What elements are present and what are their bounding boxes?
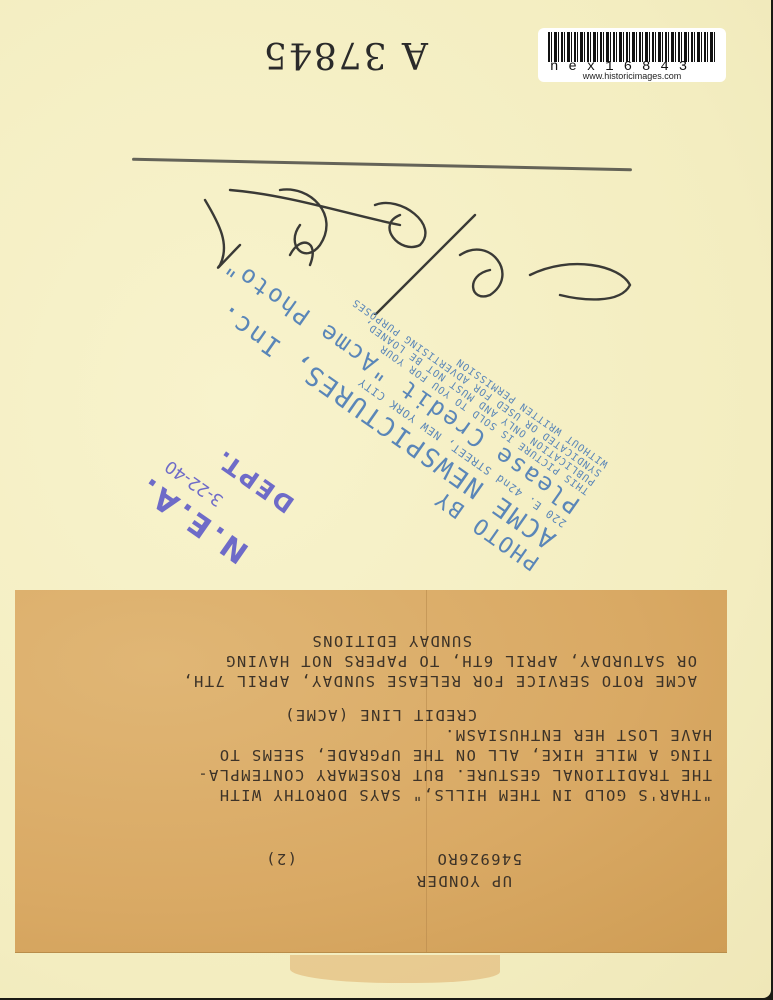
barcode-icon — [548, 32, 716, 62]
caption-body-line-2: THE TRADITIONAL GESTURE. BUT ROSEMARY CO… — [197, 766, 712, 784]
caption-title: UP YONDER — [415, 872, 512, 890]
caption-slip: UP YONDER 546926RO (2) "THAR'S GOLD IN T… — [15, 590, 727, 952]
archive-number: A 37845 — [262, 34, 428, 75]
barcode-website: www.historicimages.com — [538, 71, 726, 81]
caption-body-line-1: "THAR'S GOLD IN THEM HILLS," SAYS DOROTH… — [218, 786, 712, 804]
caption-release-line-1: ACME ROTO SERVICE FOR RELEASE SUNDAY, AP… — [182, 672, 697, 690]
caption-body-line-3: TING A MILE HIKE, ALL ON THE UPGRADE, SE… — [218, 746, 712, 764]
pencil-underline — [132, 158, 632, 171]
barcode-label: nex16843 www.historicimages.com — [538, 28, 726, 82]
photo-back: nex16843 www.historicimages.com A 37845 … — [0, 0, 771, 998]
caption-release-line-3: SUNDAY EDITIONS — [311, 632, 472, 650]
caption-text-rotated: UP YONDER 546926RO (2) "THAR'S GOLD IN T… — [15, 590, 727, 952]
nea-dept-stamp: N.E.A. 3-22-40 DEPT. — [130, 468, 255, 570]
caption-body-line-4: HAVE LOST HER ENTHUSIASM. — [444, 726, 712, 744]
stain-drip — [290, 955, 500, 983]
caption-copy-number: (2) — [265, 850, 297, 868]
caption-credit-line: CREDIT LINE (ACME) — [284, 706, 477, 724]
caption-release-line-2: OR SATURDAY, APRIL 6TH, TO PAPERS NOT HA… — [225, 652, 697, 670]
caption-ref-number: 546926RO — [436, 850, 522, 868]
stamp-dept: DEPT. — [209, 443, 299, 518]
